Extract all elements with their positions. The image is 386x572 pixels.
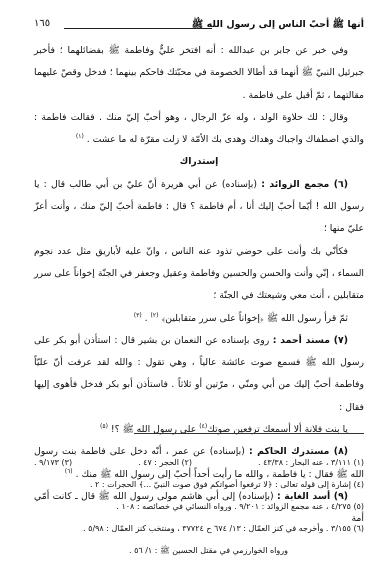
- footnote-2: (٢) الحجر : ٤٧ .: [138, 452, 192, 474]
- footnote-ref[interactable]: (١): [76, 133, 84, 140]
- page-number: ١٦٥: [34, 18, 50, 29]
- entry-label: (٦) مجمع الزوائد :: [261, 179, 348, 190]
- running-title: أنها ﷺ أحبّ الناس إلى رسول الله ﷺ: [192, 18, 364, 32]
- entry-musnad: (٧) مسند أحمد : روى بإسناده عن النعمان ب…: [34, 330, 364, 419]
- footnote-ref[interactable]: (٤): [199, 423, 207, 430]
- header-rule: [64, 28, 212, 29]
- paragraph-1: وفي خبر عن جابر بن عبدالله : أنه افتخر ع…: [34, 40, 364, 107]
- musnad-quote: يا بنت فلانة ألا أسمعك ترفعين صوتك(٤) عل…: [34, 419, 364, 441]
- footnote-row: (١) ٣/١١١ ، عنه البحار : ٤٣/٣٨ . (٢) الح…: [34, 452, 364, 474]
- footnote-5: (٥) ٤/٢٧٥ ، عنه مجمع الزوائد : ٩/٢٠١ . و…: [34, 496, 364, 518]
- footnote-3: (٣) ٩/١٧٣ .: [34, 452, 72, 474]
- footnote-4: (٤) إشارة إلى قوله تعالى : ﴿لا ترفعوا أص…: [34, 474, 364, 496]
- footnote-6-continuation: ورواه الخوارزمي في مقتل الحسين ﷺ : ١/ ٥٦…: [34, 540, 364, 562]
- footnote-ref[interactable]: (٢): [151, 311, 159, 318]
- footnotes: (١) ٣/١١١ ، عنه البحار : ٤٣/٣٨ . (٢) الح…: [34, 452, 364, 562]
- entry-label: (٧) مسند أحمد :: [273, 335, 348, 346]
- paragraph-6: فكأنّي بك وأنت على حوضي تذود عنه الناس ،…: [34, 241, 364, 308]
- section-title: إستدراك: [34, 151, 364, 173]
- footnote-ref[interactable]: (٥): [100, 423, 108, 430]
- page-header: أنها ﷺ أحبّ الناس إلى رسول الله ﷺ ١٦٥: [34, 18, 364, 36]
- entry-majma: (٦) مجمع الزوائد : (بإسناده) عن أبي هرير…: [34, 174, 364, 241]
- footnote-6: (٦) ٣/١٥٥ . وأخرجه في كنز العمّال : ١٣/ …: [34, 518, 364, 540]
- footnote-ref[interactable]: (٣): [134, 311, 142, 318]
- paragraph-2: وقال : لك حلاوة الولد ، وله عزّ الرجال ،…: [34, 107, 364, 152]
- paragraph-7: ثمّ قرأ رسول الله ﷺ ﴿إخواناً على سرر متق…: [34, 308, 364, 330]
- footnote-rule: [134, 433, 364, 434]
- footnote-1: (١) ٣/١١١ ، عنه البحار : ٤٣/٣٨ .: [258, 452, 364, 474]
